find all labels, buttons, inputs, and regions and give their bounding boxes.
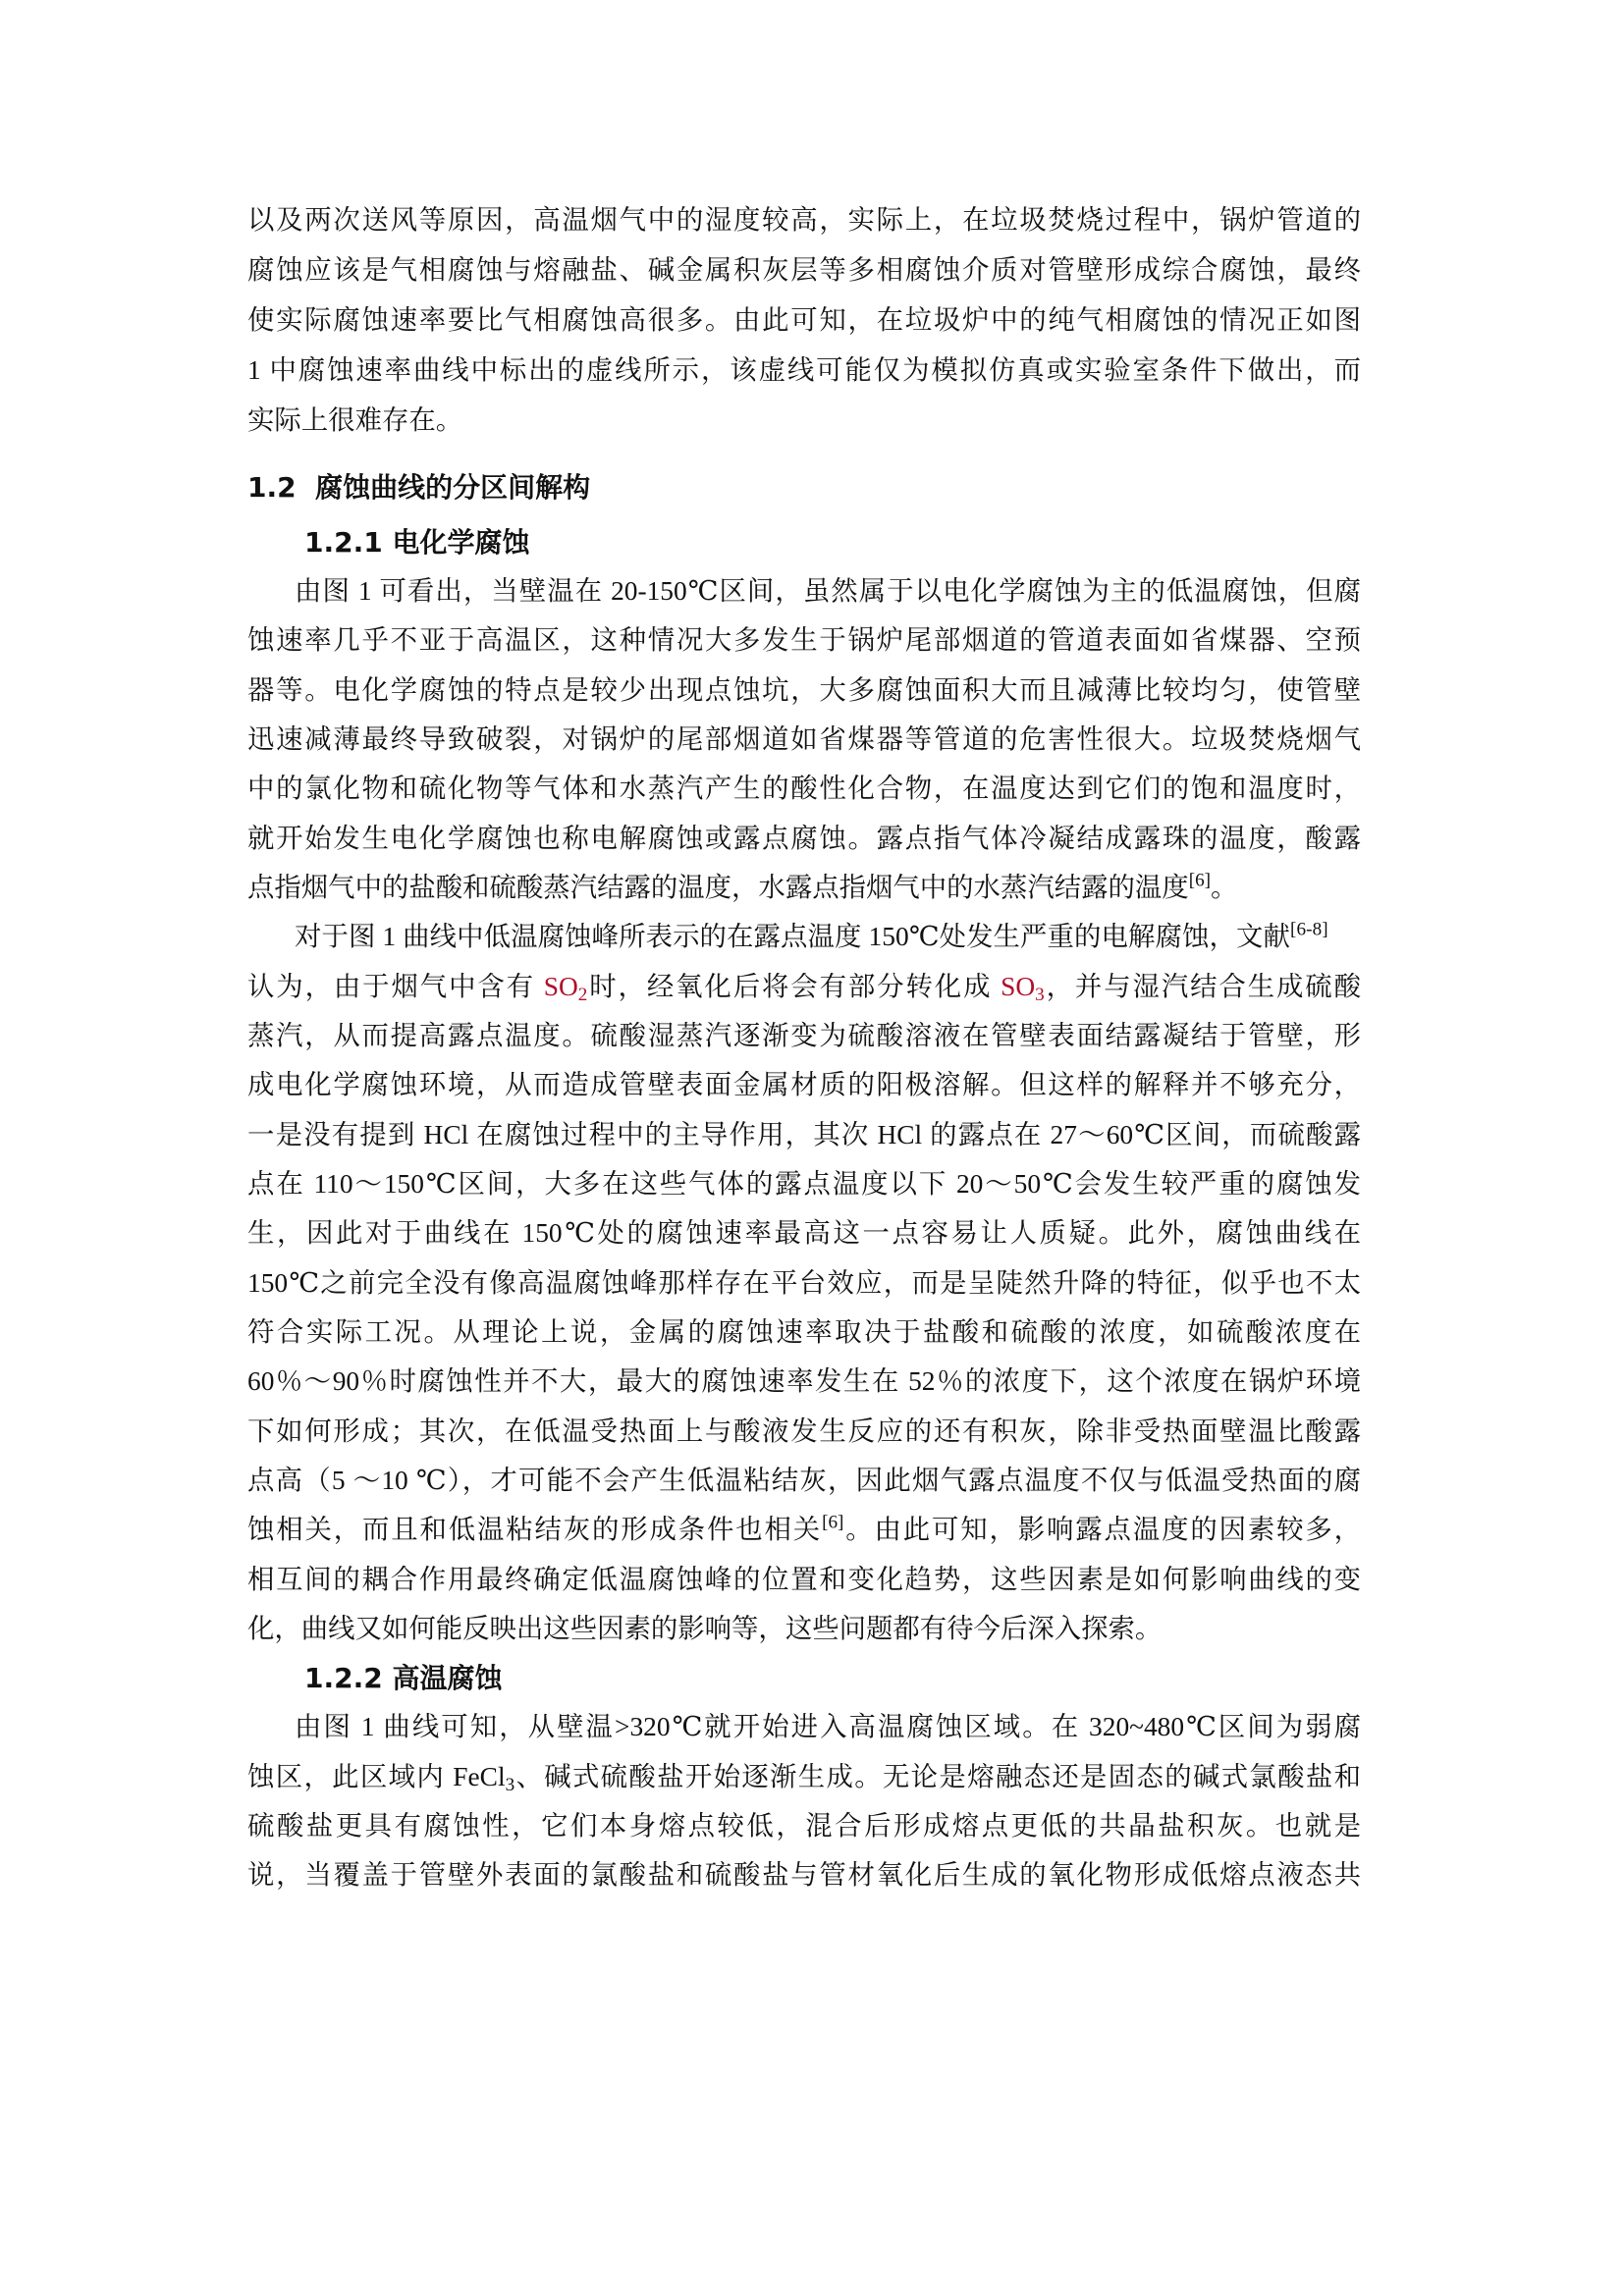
section-number: 1.2 xyxy=(247,471,297,504)
text-line: 使实际腐蚀速率要比气相腐蚀高很多。由此可知，在垃圾炉中的纯气相腐蚀的情况正如图 xyxy=(247,295,1361,346)
document-page: 以及两次送风等原因，高温烟气中的湿度较高，实际上，在垃圾焚烧过程中，锅炉管道的 … xyxy=(0,0,1624,2296)
text-line: 点在 110～150℃区间，大多在这些气体的露点温度以下 20～50℃会发生较严… xyxy=(247,1159,1361,1209)
text-line: 迅速减薄最终导致破裂，对锅炉的尾部烟道如省煤器等管道的危害性很大。垃圾焚烧烟气 xyxy=(247,715,1361,765)
text-line: 以及两次送风等原因，高温烟气中的湿度较高，实际上，在垃圾焚烧过程中，锅炉管道的 xyxy=(247,195,1361,245)
text-line: 蒸汽，从而提高露点温度。硫酸湿蒸汽逐渐变为硫酸溶液在管壁表面结露凝结于管壁，形 xyxy=(247,1011,1361,1061)
chem-symbol: SO xyxy=(544,972,578,1001)
text-line: 成电化学腐蚀环境，从而造成管壁表面金属材质的阳极溶解。但这样的解释并不够充分， xyxy=(247,1060,1361,1110)
text-line: 器等。电化学腐蚀的特点是较少出现点蚀坑，大多腐蚀面积大而且减薄比较均匀，使管壁 xyxy=(247,666,1361,716)
text-line: 由图 1 曲线可知，从壁温>320℃就开始进入高温腐蚀区域。在 320~480℃… xyxy=(295,1702,1361,1752)
citation: [6-8] xyxy=(1290,919,1328,939)
text-span: 对于图 1 曲线中低温腐蚀峰所表示的在露点温度 150℃处发生严重的电解腐蚀，文… xyxy=(295,922,1290,951)
subsection-number: 1.2.1 xyxy=(304,526,383,559)
chem-so3: SO3 xyxy=(1001,972,1045,1001)
subsection-title: 电化学腐蚀 xyxy=(392,526,529,559)
text-line: 说，当覆盖于管壁外表面的氯酸盐和硫酸盐与管材氧化后生成的氧化物形成低熔点液态共 xyxy=(247,1850,1361,1900)
text-line: 化，曲线又如何能反映出这些因素的影响等，这些问题都有待今后深入探索。 xyxy=(247,1604,1361,1654)
text-line: 蚀速率几乎不亚于高温区，这种情况大多发生于锅炉尾部烟道的管道表面如省煤器、空预 xyxy=(247,615,1361,666)
section-heading: 1.2 腐蚀曲线的分区间解构 xyxy=(247,462,590,512)
text-line: 相互间的耦合作用最终确定低温腐蚀峰的位置和变化趋势，这些因素是如何影响曲线的变 xyxy=(247,1555,1361,1605)
text-line: 符合实际工况。从理论上说，金属的腐蚀速率取决于盐酸和硫酸的浓度，如硫酸浓度在 xyxy=(247,1308,1361,1358)
chem-subscript: 3 xyxy=(1035,985,1045,1005)
text-line: 生，因此对于曲线在 150℃处的腐蚀速率最高这一点容易让人质疑。此外，腐蚀曲线在 xyxy=(247,1208,1361,1258)
text-span: 蚀区，此区域内 FeCl xyxy=(247,1762,506,1791)
text-line: 对于图 1 曲线中低温腐蚀峰所表示的在露点温度 150℃处发生严重的电解腐蚀，文… xyxy=(295,912,1361,962)
chem-subscript: 2 xyxy=(578,985,588,1005)
citation: [6] xyxy=(1189,870,1211,890)
subsection-title: 高温腐蚀 xyxy=(392,1662,502,1694)
text-line: 蚀区，此区域内 FeCl3、碱式硫酸盐开始逐渐生成。无论是熔融态还是固态的碱式氯… xyxy=(247,1752,1361,1802)
text-span: 。 xyxy=(1211,873,1237,902)
text-line: 蚀相关，而且和低温粘结灰的形成条件也相关[6]。由此可知，影响露点温度的因素较多… xyxy=(247,1505,1361,1555)
text-line: 一是没有提到 HCl 在腐蚀过程中的主导作用，其次 HCl 的露点在 27～60… xyxy=(247,1110,1361,1160)
text-line: 下如何形成；其次，在低温受热面上与酸液发生反应的还有积灰，除非受热面壁温比酸露 xyxy=(247,1407,1361,1457)
text-line: 由图 1 可看出，当壁温在 20-150℃区间，虽然属于以电化学腐蚀为主的低温腐… xyxy=(295,566,1361,616)
subsection-number: 1.2.2 xyxy=(304,1662,383,1694)
text-line: 150℃之前完全没有像高温腐蚀峰那样存在平台效应，而是呈陡然升降的特征，似乎也不… xyxy=(247,1258,1361,1308)
text-span: 。由此可知，影响露点温度的因素较多， xyxy=(843,1515,1361,1544)
text-line: 1 中腐蚀速率曲线中标出的虚线所示，该虚线可能仅为模拟仿真或实验室条件下做出，而 xyxy=(247,346,1361,396)
text-line: 就开始发生电化学腐蚀也称电解腐蚀或露点腐蚀。露点指气体冷凝结成露珠的温度，酸露 xyxy=(247,814,1361,864)
text-line: 点高（5 ～10 ℃），才可能不会产生低温粘结灰，因此烟气露点温度不仅与低温受热… xyxy=(247,1456,1361,1506)
text-span: ，并与湿汽结合生成硫酸 xyxy=(1045,972,1361,1001)
text-span: 认为，由于烟气中含有 xyxy=(247,972,544,1001)
text-span: 、碱式硫酸盐开始逐渐生成。无论是熔融态还是固态的碱式氯酸盐和 xyxy=(514,1762,1361,1791)
text-span: 时，经氧化后将会有部分转化成 xyxy=(587,972,1001,1001)
subsection-heading: 1.2.1 电化学腐蚀 xyxy=(304,517,530,567)
section-title: 腐蚀曲线的分区间解构 xyxy=(315,471,590,504)
text-line: 中的氯化物和硫化物等气体和水蒸汽产生的酸性化合物，在温度达到它们的饱和温度时， xyxy=(247,764,1361,814)
chem-symbol: SO xyxy=(1001,972,1035,1001)
text-span: 点指烟气中的盐酸和硫酸蒸汽结露的温度，水露点指烟气中的水蒸汽结露的温度 xyxy=(247,873,1189,902)
text-line: 实际上很难存在。 xyxy=(247,396,1361,446)
text-line: 腐蚀应该是气相腐蚀与熔融盐、碱金属积灰层等多相腐蚀介质对管壁形成综合腐蚀，最终 xyxy=(247,245,1361,295)
text-line: 硫酸盐更具有腐蚀性，它们本身熔点较低，混合后形成熔点更低的共晶盐积灰。也就是 xyxy=(247,1801,1361,1851)
subsection-heading: 1.2.2 高温腐蚀 xyxy=(304,1653,503,1703)
text-line: 认为，由于烟气中含有 SO2时，经氧化后将会有部分转化成 SO3，并与湿汽结合生… xyxy=(247,962,1361,1012)
citation: [6] xyxy=(822,1512,843,1532)
chem-so2: SO2 xyxy=(544,972,588,1001)
text-line: 点指烟气中的盐酸和硫酸蒸汽结露的温度，水露点指烟气中的水蒸汽结露的温度[6]。 xyxy=(247,863,1361,913)
text-line: 60％～90％时腐蚀性并不大，最大的腐蚀速率发生在 52％的浓度下，这个浓度在锅… xyxy=(247,1357,1361,1407)
text-span: 蚀相关，而且和低温粘结灰的形成条件也相关 xyxy=(247,1515,822,1544)
chem-subscript: 3 xyxy=(506,1775,515,1795)
